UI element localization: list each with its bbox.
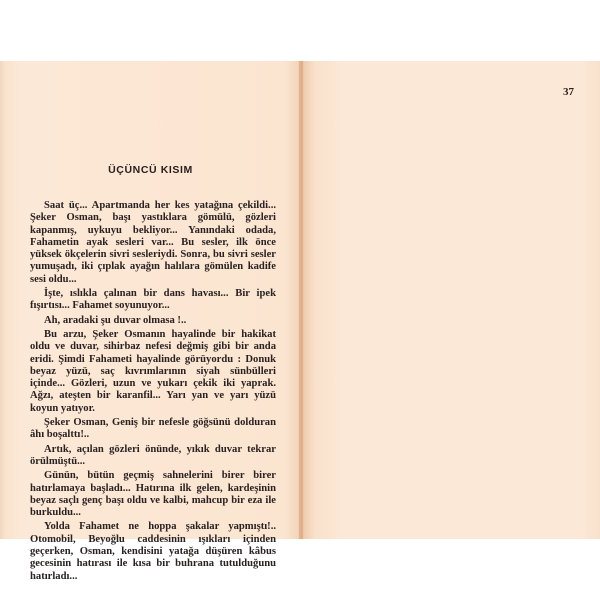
paragraph: Şeker Osman, Geniş bir nefesle göğsünü d… [30,417,276,442]
page-number: 37 [563,86,574,98]
paragraph: Yolda Fahamet ne hoppa şakalar yapmıştı!… [30,521,276,582]
chapter-heading: ÜÇÜNCÜ KISIM [0,164,301,176]
book-gutter [299,61,303,539]
paragraph: İşte, ıslıkla çalınan bir dans havası...… [30,288,276,313]
left-page: ÜÇÜNCÜ KISIM Saat üç... Apartmanda her k… [0,61,301,539]
paragraph: Ah, aradaki şu duvar olmasa !.. [30,315,276,327]
book-spread: ÜÇÜNCÜ KISIM Saat üç... Apartmanda her k… [0,61,600,539]
right-page: 37 Sonra, apartmanın kapısı önünde, nası… [301,61,600,539]
paragraph: Bu arzu, Şeker Osmanın hayalinde bir hak… [30,329,276,415]
paragraph: Saat üç... Apartmanda her kes yatağına ç… [30,200,276,286]
left-page-body: Saat üç... Apartmanda her kes yatağına ç… [30,200,276,583]
paragraph: Artık, açılan gözleri önünde, yıkık duva… [30,444,276,469]
paragraph: Günün, bütün geçmiş sahnelerini birer bi… [30,470,276,519]
